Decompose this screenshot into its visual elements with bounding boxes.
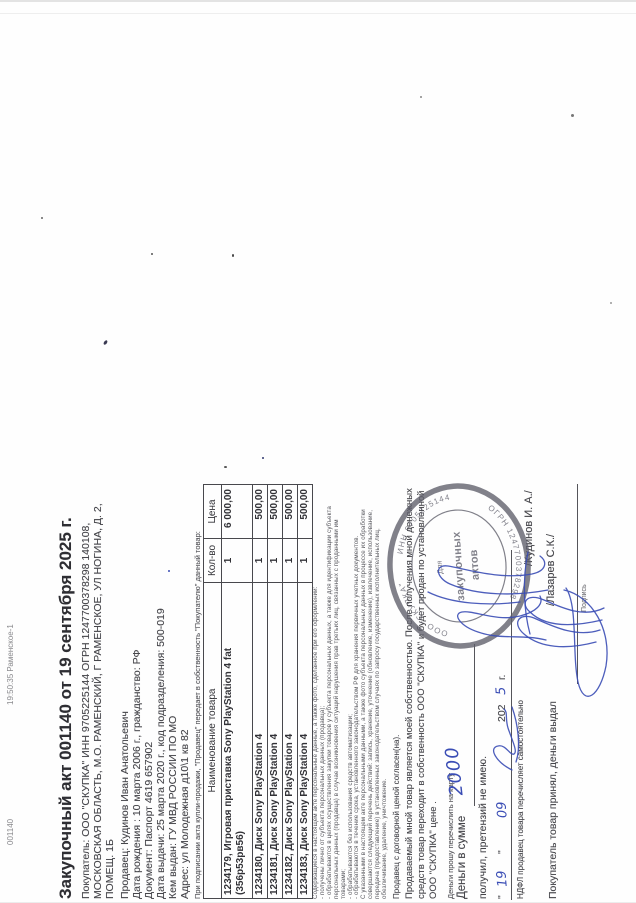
ink-speck: [610, 302, 612, 304]
pre-table-note: При подписании акта купли-продажи, "Прод…: [193, 531, 202, 899]
item-price-cell: 500,00: [268, 485, 283, 539]
buyer-confirm-line: Покупатель товар принял, деньги выдал: [547, 701, 559, 899]
item-name-cell: 1234183, Диск Sony PlayStation 4: [298, 583, 313, 899]
ink-speck: [168, 570, 170, 572]
svg-text:ОГРН 1247700378298: ОГРН 1247700378298: [486, 501, 526, 603]
received-no-claims-line: получил, претензий не имею.: [477, 756, 489, 899]
handwritten-year-digit: 5: [494, 686, 510, 695]
round-stamp: ООО "СКУПКА" ИНН 9705225144 ОГРН 1247700…: [378, 475, 540, 657]
buyer-signature-name: /Лазарев С.К./: [545, 534, 557, 606]
col-header-price: Цена: [204, 485, 222, 539]
stamp-center-line3: актов: [468, 549, 482, 580]
item-price-cell: 500,00: [298, 485, 313, 539]
buyer-signature-line: [577, 484, 578, 684]
passport-line: Документ: Паспорт 4619 657902: [143, 742, 155, 899]
item-row: 1234181, Диск Sony PlayStation 4 1 500,0…: [268, 485, 283, 899]
scan-time-header: 19:50:35 Раменское-1: [6, 624, 15, 705]
issue-date-line: Дата выдачи: 25 марта 2020 г., код подра…: [155, 608, 167, 899]
item-name-cell: 1234181, Диск Sony PlayStation 4: [268, 583, 283, 899]
item-qty-cell: 1: [222, 539, 253, 583]
item-name-cell: 1234179, Игровая приставка Sony PlayStat…: [222, 583, 253, 899]
item-price-cell: 500,00: [253, 485, 268, 539]
sum-label: Деньги в сумме: [456, 816, 468, 899]
ink-speck: [420, 96, 422, 98]
item-price-cell: 500,00: [283, 485, 298, 539]
handwritten-month: 09: [494, 801, 510, 819]
stamp-center-line1: Для: [435, 560, 445, 574]
birth-line: Дата рождения : 10 марта 2006 г., гражда…: [131, 650, 143, 899]
ink-speck: [41, 217, 43, 219]
item-price-cell: 6 000,00: [222, 485, 253, 539]
doc-title: Закупочный акт 001140 от 19 сентября 202…: [56, 517, 76, 899]
date-open-quote: ": [496, 895, 508, 899]
ink-speck: [66, 746, 68, 748]
item-row: 1234180, Диск Sony PlayStation 4 1 500,0…: [253, 485, 268, 899]
item-name-cell: 1234182, Диск Sony PlayStation 4: [283, 583, 298, 899]
stamp-center-line2: закупочных: [451, 530, 468, 601]
ink-speck: [224, 466, 227, 468]
address-line: Адрес: ул Молодежная д10\1 кв 82: [179, 729, 191, 899]
items-table: Наименование товара Кол-во Цена 1234179,…: [203, 484, 313, 899]
item-row: 1234179, Игровая приставка Sony PlayStat…: [222, 485, 253, 899]
scanned-page: 001140 19:50:35 Раменское-1 Закупочный а…: [0, 0, 636, 903]
ink-speck: [232, 254, 234, 257]
item-qty-cell: 1: [298, 539, 313, 583]
buyer-detail-line: Покупатель: ООО "СКУПКА" ИНН 9705225144 …: [80, 503, 92, 899]
buyer-detail-line: МОСКОВСКАЯ ОБЛАСТЬ, М.О. РАМЕНСКИЙ, Г РА…: [92, 503, 104, 899]
year-suffix: г.: [496, 675, 508, 680]
ink-speck: [151, 253, 153, 255]
buyer-detail-line: ПОМЕЩ. 1Б: [104, 503, 116, 899]
col-header-qty: Кол-во: [204, 539, 222, 583]
handwritten-sum: 2000: [441, 745, 467, 797]
doc-number-header: 001140: [6, 819, 15, 845]
items-table-header-row: Наименование товара Кол-во Цена: [204, 485, 222, 899]
col-header-name: Наименование товара: [204, 583, 222, 899]
handwritten-day: 19: [494, 870, 510, 888]
year-prefix: 202: [496, 704, 508, 722]
personal-data-fine-print: Содержащиеся в настоящем акте персональн…: [313, 506, 389, 899]
item-row: 1234182, Диск Sony PlayStation 4 1 500,0…: [283, 485, 298, 899]
item-qty-cell: 1: [268, 539, 283, 583]
ink-speck: [571, 114, 574, 117]
issuer-line: Кем выдан: ГУ МВД РОССИИ ПО МО: [167, 716, 179, 899]
seller-line: Продавец: Кудинов Иван Анатольевич: [119, 711, 131, 899]
item-name-cell: 1234180, Диск Sony PlayStation 4: [253, 583, 268, 899]
ink-speck: [262, 457, 264, 459]
item-qty-cell: 1: [283, 539, 298, 583]
podpis-label: Подпись: [581, 584, 588, 612]
item-row: 1234183, Диск Sony PlayStation 4 1 500,0…: [298, 485, 313, 899]
date-close-quote: ": [496, 850, 508, 854]
price-agreement-line: Продавец с договорной ценой согласен(на)…: [392, 735, 401, 899]
sum-blank-line: [474, 644, 475, 806]
ndfl-note: НДФЛ продавец товара перечисляет самосто…: [516, 700, 525, 899]
stamp-ogrn-text: ОГРН 1247700378298: [486, 501, 526, 603]
fine-print-line: персональных данных (продавца) в случае …: [334, 506, 341, 899]
rotated-document: 001140 19:50:35 Раменское-1 Закупочный а…: [0, 2, 636, 902]
buyer-details: Покупатель: ООО "СКУПКА" ИНН 9705225144 …: [80, 503, 116, 899]
item-qty-cell: 1: [253, 539, 268, 583]
